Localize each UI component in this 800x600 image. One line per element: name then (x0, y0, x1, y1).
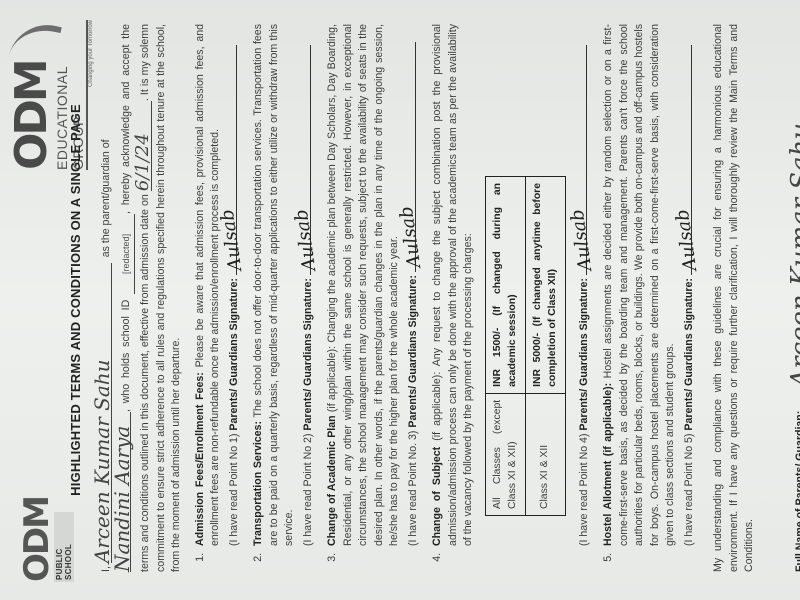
guardian-name-row: Full Name of Parents/ Guardian: Arceen K… (784, 24, 800, 572)
guardian-name-field[interactable]: Arceen Kumar Sahu (784, 24, 800, 408)
odm-public-school-logo: ODM PUBLIC SCHOOL (20, 512, 75, 582)
signature-field-4[interactable]: Aulsab (574, 45, 587, 275)
student-name-field[interactable]: Nandini Aarya (115, 412, 132, 572)
signature-field-5[interactable]: Aulsab (679, 45, 692, 275)
logo-mark: ODM (20, 512, 54, 582)
clause-transportation: Transportation Services: The school does… (251, 24, 316, 550)
clause-academic-plan: Change of Academic Plan (if applicable):… (325, 24, 421, 550)
school-id-field[interactable]: [redacted] (119, 214, 136, 294)
table-row: Class XI & XII INR 5000/- (If changed an… (525, 177, 565, 516)
clause-admission-fees: Admission Fees/Enrollment Fees: Please b… (193, 24, 243, 550)
closing-paragraph: My understanding and compliance with the… (711, 24, 758, 572)
signature-field-3[interactable]: Aulsab (403, 42, 416, 272)
admission-date-field[interactable]: 6/1/24 (135, 101, 152, 191)
document-title: HIGHLIGHTED TERMS AND CONDITIONS ON A SI… (68, 0, 83, 600)
guardian-name-label: Full Name of Parents/ Guardian: (793, 411, 800, 572)
document-body: I, Arceen Kumar Sahu as the parent/guard… (95, 24, 800, 572)
photo-frame: ODM PUBLIC SCHOOL ODM EDUCATIONAL GROUP … (0, 0, 800, 600)
processing-charges-table: All Classes (except Class XI & XII) INR … (485, 176, 566, 516)
clause-change-of-subject: Change of Subject (if applicable): Any r… (430, 24, 592, 550)
logo-tagline: Changing your Tomorrow (88, 20, 94, 170)
table-row: All Classes (except Class XI & XII) INR … (485, 177, 525, 516)
signature-field-2[interactable]: Aulsab (298, 45, 311, 275)
signature-field-1[interactable]: Aulsab (224, 45, 237, 275)
footer: Full Name of Parents/ Guardian: Arceen K… (784, 24, 800, 572)
document-page: ODM PUBLIC SCHOOL ODM EDUCATIONAL GROUP … (0, 0, 800, 600)
clause-list: Admission Fees/Enrollment Fees: Please b… (193, 24, 698, 572)
intro-paragraph: I, Arceen Kumar Sahu as the parent/guard… (95, 24, 185, 572)
clause-hostel-allotment: Hostel Allotment (if applicable): Hostel… (601, 24, 697, 550)
